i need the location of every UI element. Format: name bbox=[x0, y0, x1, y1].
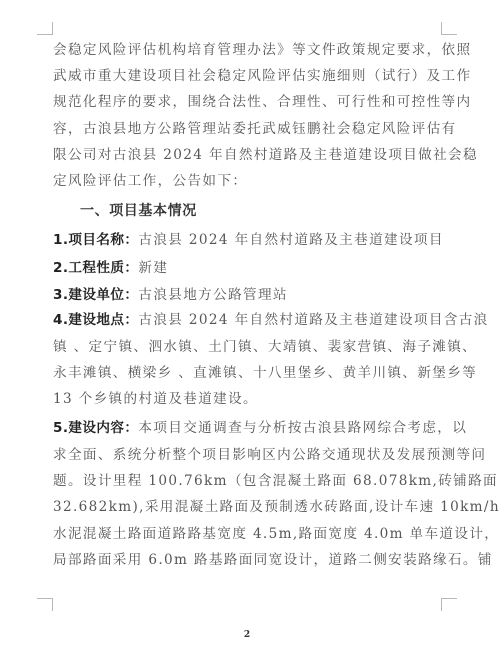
paragraph-line: 题。设计里程 100.76km（包含混凝土路面 68.078km,砖铺路面 bbox=[53, 472, 443, 490]
paragraph-line: 限公司对古浪县 2024 年自然村道路及主巷道建设项目做社会稳 bbox=[53, 146, 443, 164]
paragraph-line: 局部路面采用 6.0m 路基路面同宽设计，道路二侧安装路缘石。铺 bbox=[53, 551, 443, 569]
item-label: 4.建设地点： bbox=[53, 312, 138, 328]
item-label: 3.建设单位： bbox=[53, 287, 138, 303]
paragraph-line: 水泥混凝土路面道路路基宽度 4.5m,路面宽度 4.0m 单车道设计， bbox=[53, 525, 443, 543]
item-construction-unit: 3.建设单位：古浪县地方公路管理站 bbox=[53, 286, 443, 304]
item-project-nature: 2.工程性质：新建 bbox=[53, 259, 443, 277]
paragraph-line: 容，古浪县地方公路管理站委托武威钰鹏社会稳定风险评估有 bbox=[53, 120, 443, 138]
paragraph-line: 13 个乡镇的村道及巷道建设。 bbox=[53, 390, 443, 408]
paragraph-line: 镇 、定宁镇、泗水镇、土门镇、大靖镇、裴家营镇、海子滩镇、 bbox=[53, 338, 443, 356]
item-value: 古浪县地方公路管理站 bbox=[138, 287, 287, 303]
paragraph-line: 规范化程序的要求，围绕合法性、合理性、可行性和可控性等内 bbox=[53, 93, 443, 111]
paragraph-line: 定风险评估工作，公告如下： bbox=[53, 172, 443, 190]
margin-corner-bottom-left bbox=[37, 598, 53, 611]
item-project-name: 1.项目名称：古浪县 2024 年自然村道路及主巷道建设项目 bbox=[53, 231, 443, 249]
item-value: 本项目交通调查与分析按古浪县路网综合考虑，以 bbox=[138, 420, 467, 436]
section-heading: 一、项目基本情况 bbox=[80, 202, 470, 220]
paragraph-line: 永丰滩镇、横梁乡 、直滩镇、十八里堡乡、黄羊川镇、新堡乡等 bbox=[53, 364, 443, 382]
page-number: 2 bbox=[242, 630, 252, 640]
paragraph-line: 32.682km),采用混凝土路面及预制透水砖路面,设计车速 10km/h, bbox=[53, 498, 443, 516]
item-value: 新建 bbox=[138, 260, 168, 276]
margin-corner-bottom-right bbox=[441, 598, 457, 611]
item-label: 1.项目名称： bbox=[53, 232, 138, 248]
item-value: 古浪县 2024 年自然村道路及主巷道建设项目含古浪 bbox=[138, 312, 488, 328]
margin-corner-top-left bbox=[37, 22, 53, 35]
paragraph-line: 求全面、系统分析整个项目影响区内公路交通现状及发展预测等问 bbox=[53, 446, 443, 464]
paragraph-line: 会稳定风险评估机构培育管理办法》等文件政策规定要求，依照 bbox=[53, 41, 443, 59]
item-label: 2.工程性质： bbox=[53, 260, 138, 276]
item-construction-content: 5.建设内容：本项目交通调查与分析按古浪县路网综合考虑，以 bbox=[53, 419, 443, 437]
item-construction-location: 4.建设地点：古浪县 2024 年自然村道路及主巷道建设项目含古浪 bbox=[53, 311, 443, 329]
item-value: 古浪县 2024 年自然村道路及主巷道建设项目 bbox=[138, 232, 443, 248]
margin-corner-top-right bbox=[441, 22, 457, 35]
paragraph-line: 武威市重大建设项目社会稳定风险评估实施细则（试行）及工作 bbox=[53, 67, 443, 85]
item-label: 5.建设内容： bbox=[53, 420, 138, 436]
